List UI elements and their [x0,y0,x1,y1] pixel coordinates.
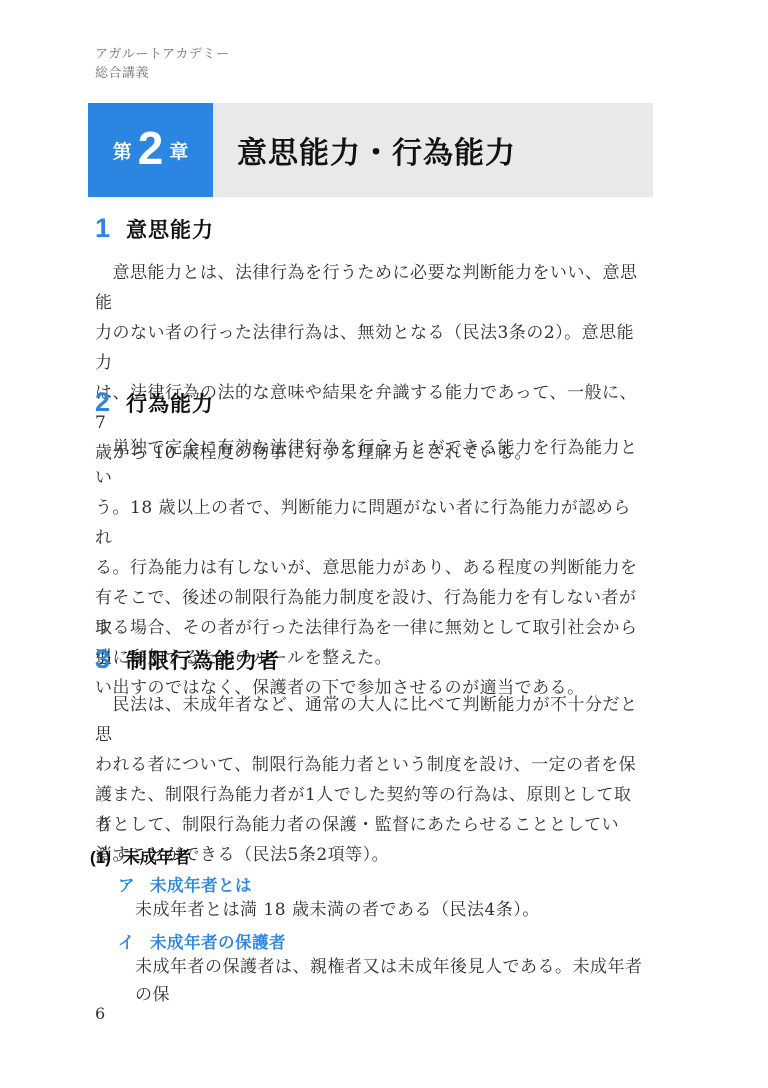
running-head: アガルートアカデミー 総合講義 [95,44,229,82]
chapter-title-bar: 意思能力・行為能力 [213,103,653,197]
textbook-page: アガルートアカデミー 総合講義 第 2 章 意思能力・行為能力 1 意思能力 意… [0,0,768,1088]
chapter-number: 2 [138,125,164,171]
section-2-heading: 2 行為能力 [95,388,214,418]
section-2-number: 2 [95,389,110,416]
subitem-i-heading: イ 未成年者の保護者 [118,929,286,953]
subsection-1-label: (1) [90,848,111,868]
subitem-a-heading: ア 未成年者とは [118,872,252,896]
subitem-a-title: 未成年者とは [150,872,252,896]
section-1-number: 1 [95,215,110,242]
chapter-banner: 第 2 章 意思能力・行為能力 [88,103,653,197]
section-3-title: 制限行為能力者 [126,645,280,675]
subitem-i-title: 未成年者の保護者 [150,929,286,953]
section-3-heading: 3 制限行為能力者 [95,645,280,675]
section-1-title: 意思能力 [126,214,214,244]
subsection-1-heading: (1) 未成年者 [90,843,191,868]
subitem-i-body: 未成年者の保護者は、親権者又は未成年後見人である。未成年者の保 [135,953,645,1009]
section-1-heading: 1 意思能力 [95,214,214,244]
subitem-i-marker: イ [118,929,135,953]
brand-name: アガルートアカデミー [95,44,229,63]
chapter-prefix: 第 [113,137,132,164]
chapter-suffix: 章 [169,137,188,164]
subsection-1-title: 未成年者 [123,843,191,868]
subitem-a-body: 未成年者とは満 18 歳未満の者である（民法4条）。 [135,896,645,924]
section-2-title: 行為能力 [126,388,214,418]
chapter-number-badge: 第 2 章 [88,103,213,197]
chapter-title: 意思能力・行為能力 [237,128,516,172]
section-3-number: 3 [95,646,110,673]
subitem-a-marker: ア [118,872,135,896]
page-number: 6 [95,1004,105,1023]
series-name: 総合講義 [95,63,229,82]
